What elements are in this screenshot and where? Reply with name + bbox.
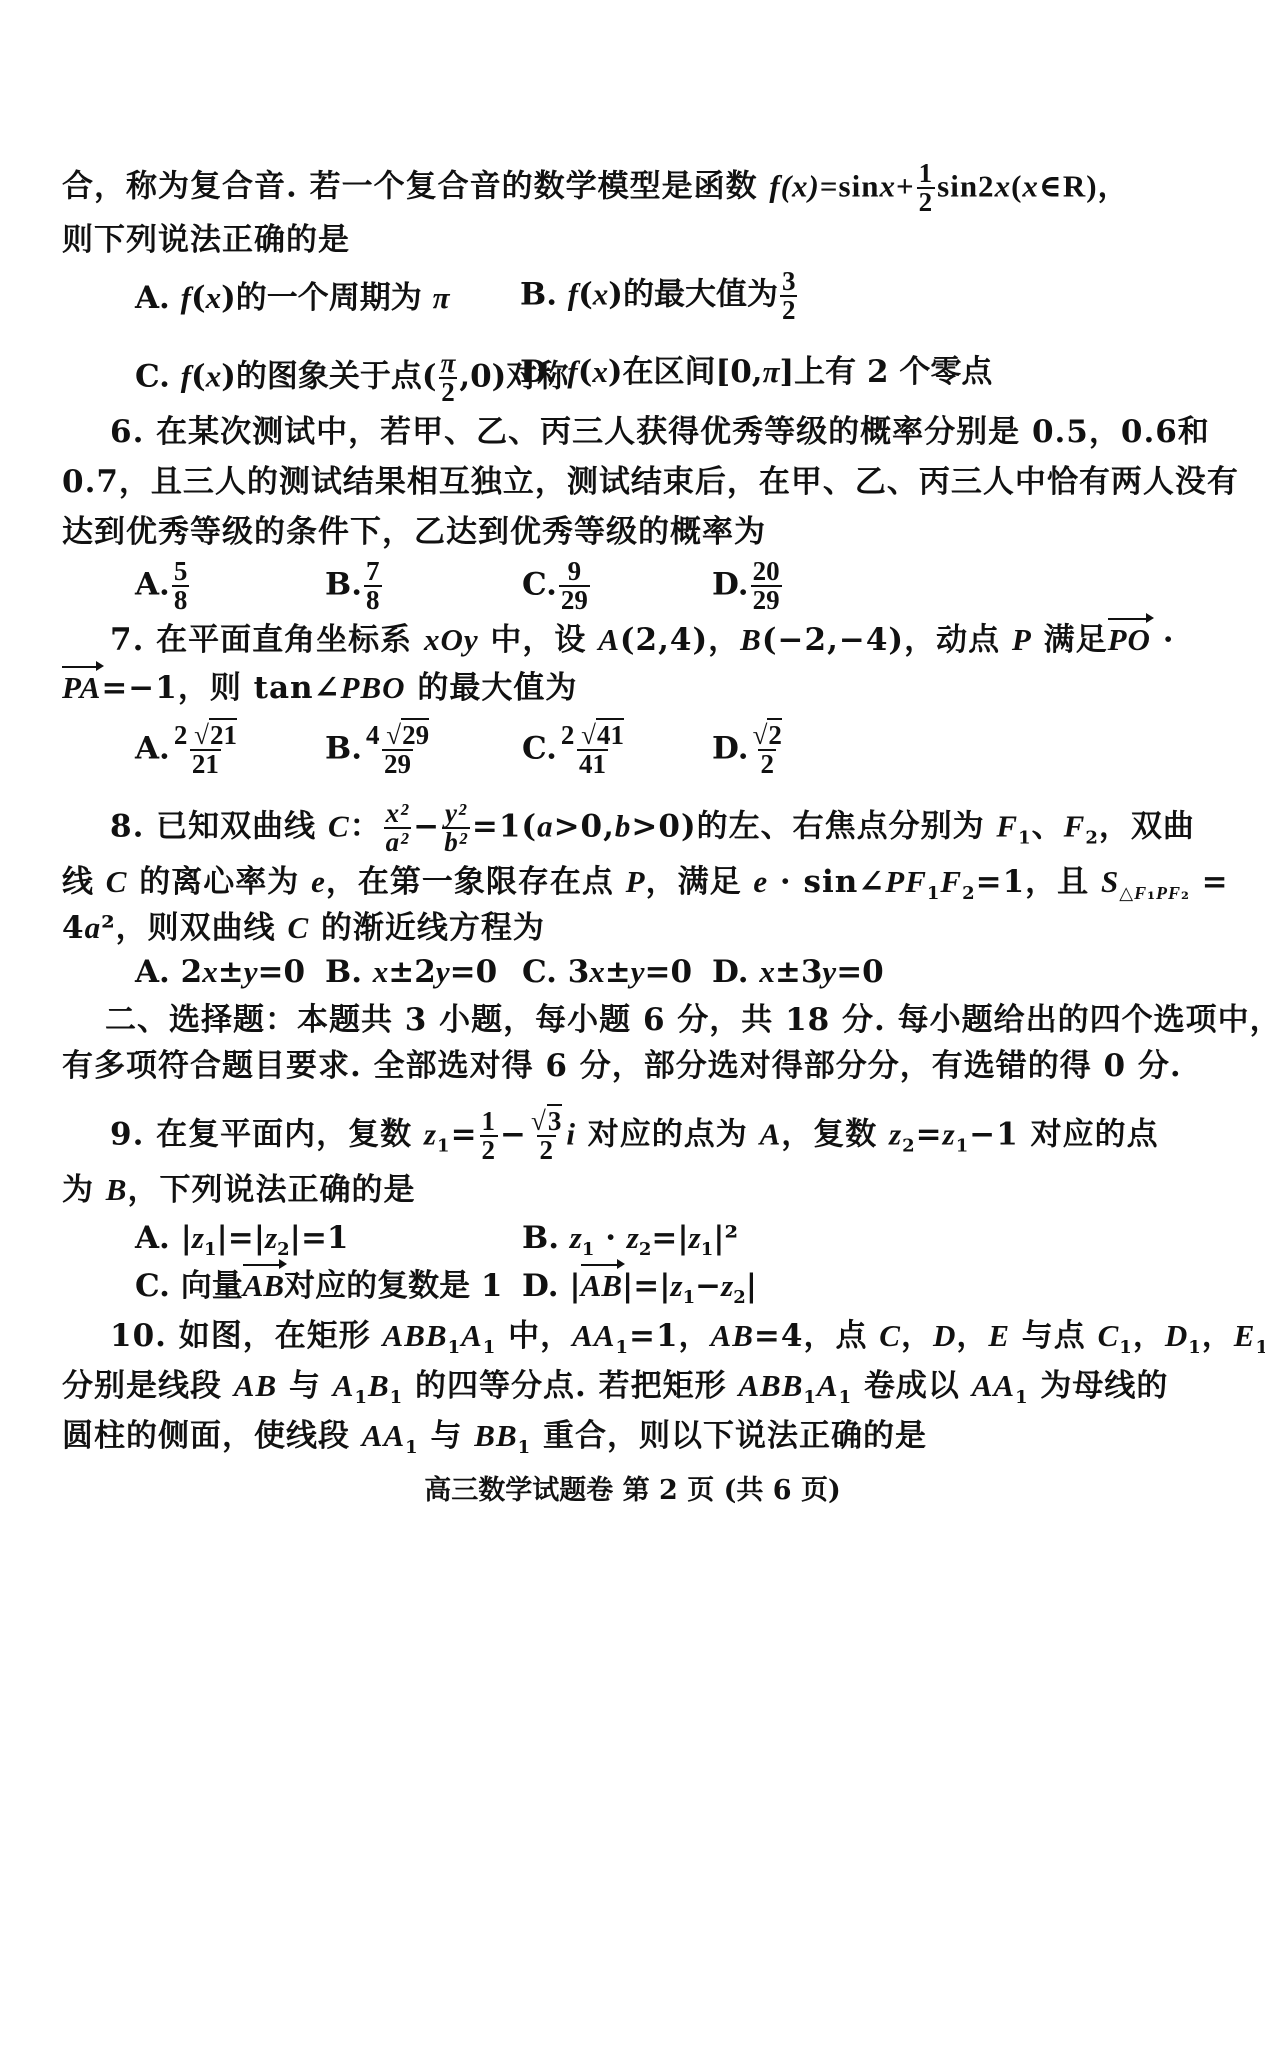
q6-stem-line2: 0.7，且三人的测试结果相互独立，测试结束后，在甲、乙、丙三人中恰有两人没有 [62,462,1239,502]
q8-stem-line3: 4a²，则双曲线 C 的渐近线方程为 [62,908,545,948]
q8-option-b: B. x±2y=0 [325,952,497,992]
q7-option-a: A.2 √2121 [135,722,241,778]
q9-option-c: C. 向量AB对应的复数是 1 [135,1266,502,1306]
q5-option-d: D. f(x)在区间[0,π]上有 2 个零点 [520,352,992,392]
q6-option-d: D.2029 [712,558,784,614]
q10-stem-line3: 圆柱的侧面，使线段 AA1 与 BB1 重合，则以下说法正确的是 [62,1416,927,1468]
section2-heading-line2: 有多项符合题目要求. 全部选对得 6 分，部分选对得部分分，有选错的得 0 分. [62,1046,1182,1086]
q6-stem-line3: 达到优秀等级的条件下，乙达到优秀等级的概率为 [62,512,766,552]
q9-option-d: D. |AB|=|z1−z2| [522,1266,757,1318]
page-footer: 高三数学试题卷 第 2 页 (共 6 页) [0,1468,1265,1507]
q6-stem-line1: 6. 在某次测试中，若甲、乙、丙三人获得优秀等级的概率分别是 0.5，0.6和 [110,412,1210,452]
q5-option-a: A. f(x)的一个周期为 π [135,278,450,318]
q8-option-c: C. 3x±y=0 [522,952,692,992]
q5-stem-line2: 则下列说法正确的是 [62,220,350,260]
q5-stem-text: 合，称为复合音. 若一个复合音的数学模型是函数 [62,169,769,205]
q8-stem-line1: 8. 已知双曲线 C：x²a²−y²b²=1(a>0,b>0)的左、右焦点分别为… [110,800,1195,859]
q5-option-c: C. f(x)的图象关于点(π2,0)对称 [135,350,568,406]
section2-heading-line1: 二、选择题：本题共 3 小题，每小题 6 分，共 18 分. 每小题给出的四个选… [105,1000,1265,1040]
q9-option-b: B. z1 · z2=|z1|² [522,1218,738,1270]
q5-option-b: B. f(x)的最大值为32 [520,268,799,324]
fraction-one-half: 12 [917,160,936,216]
q10-stem-line2: 分别是线段 AB 与 A1B1 的四等分点. 若把矩形 ABB1A1 卷成以 A… [62,1366,1168,1418]
q8-option-a: A. 2x±y=0 [135,952,305,992]
q9-option-a: A. |z1|=|z2|=1 [135,1218,349,1270]
q7-option-b: B.4 √2929 [325,722,433,778]
q7-option-d: D.√22 [712,722,786,778]
q6-option-a: A.58 [135,558,191,614]
q7-stem-line1: 7. 在平面直角坐标系 xOy 中，设 A(2,4)，B(−2,−4)，动点 P… [110,620,1175,660]
q7-option-c: C.2 √4141 [522,722,628,778]
q8-option-d: D. x±3y=0 [712,952,884,992]
q9-stem-line2: 为 B，下列说法正确的是 [62,1170,415,1210]
q6-option-b: B.78 [325,558,384,614]
q7-stem-line2: PA=−1，则 tan∠PBO 的最大值为 [62,668,577,708]
q5-function-formula: f(x) [769,169,819,204]
q9-stem-line1: 9. 在复平面内，复数 z1=12−√32i 对应的点为 A，复数 z2=z1−… [110,1108,1159,1167]
q5-stem-line1: 合，称为复合音. 若一个复合音的数学模型是函数 f(x)=sinx+12sin2… [62,160,1130,216]
q6-option-c: C.929 [522,558,592,614]
q8-stem-line2: 线 C 的离心率为 e，在第一象限存在点 P，满足 e · sin∠PF1F2=… [62,862,1229,914]
q10-stem-line1: 10. 如图，在矩形 ABB1A1 中，AA1=1，AB=4，点 C，D，E 与… [110,1316,1265,1368]
